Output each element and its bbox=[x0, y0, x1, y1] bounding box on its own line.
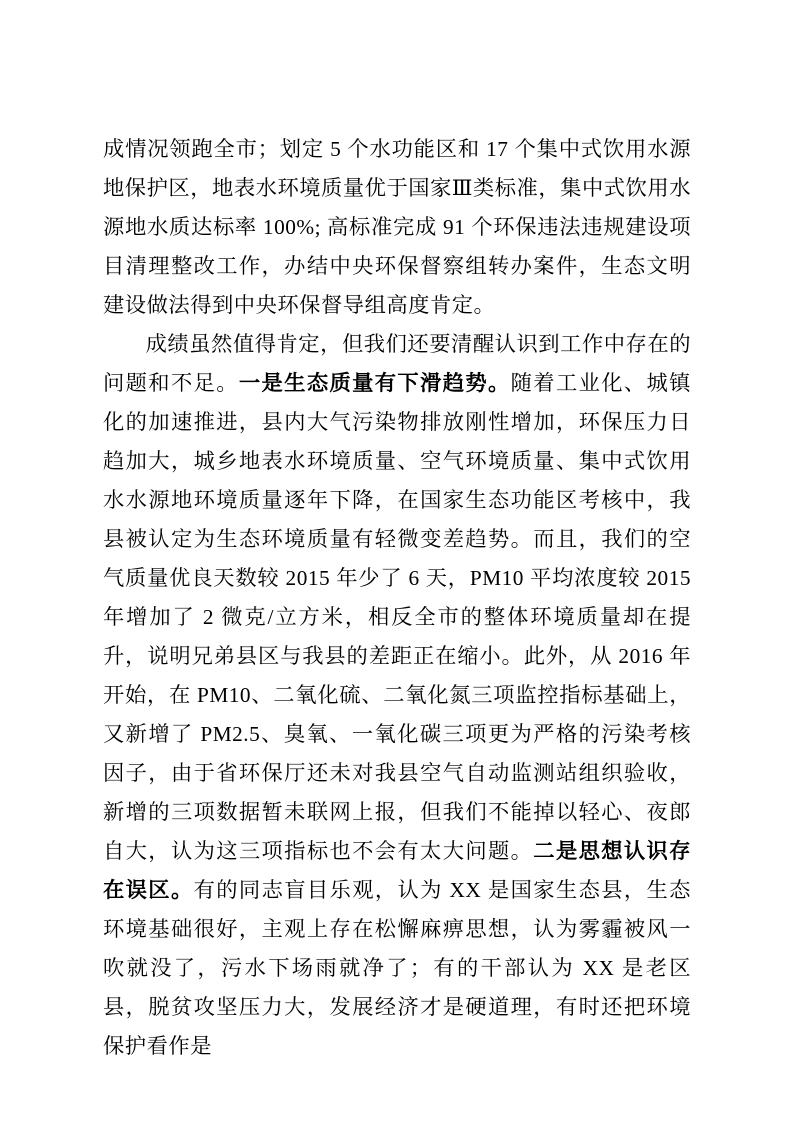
text-run: 成情况领跑全市；划定 5 个水功能区和 17 个集中式饮用水源地保护区，地表水环… bbox=[103, 137, 691, 317]
document-text-block: 成情况领跑全市；划定 5 个水功能区和 17 个集中式饮用水源地保护区，地表水环… bbox=[103, 130, 691, 1066]
text-run: 有的同志盲目乐观，认为 XX 是国家生态县，生态环境基础很好，主观上存在松懈麻痹… bbox=[103, 878, 691, 1058]
paragraph: 成情况领跑全市；划定 5 个水功能区和 17 个集中式饮用水源地保护区，地表水环… bbox=[103, 130, 691, 325]
paragraph: 成绩虽然值得肯定，但我们还要清醒认识到工作中存在的问题和不足。一是生态质量有下滑… bbox=[103, 325, 691, 1066]
document-page: 成情况领跑全市；划定 5 个水功能区和 17 个集中式饮用水源地保护区，地表水环… bbox=[0, 0, 793, 1122]
bold-run: 一是生态质量有下滑趋势。 bbox=[239, 371, 511, 395]
text-run: 随着工业化、城镇化的加速推进，县内大气污染物排放刚性增加，环保压力日趋加大，城乡… bbox=[103, 371, 691, 863]
